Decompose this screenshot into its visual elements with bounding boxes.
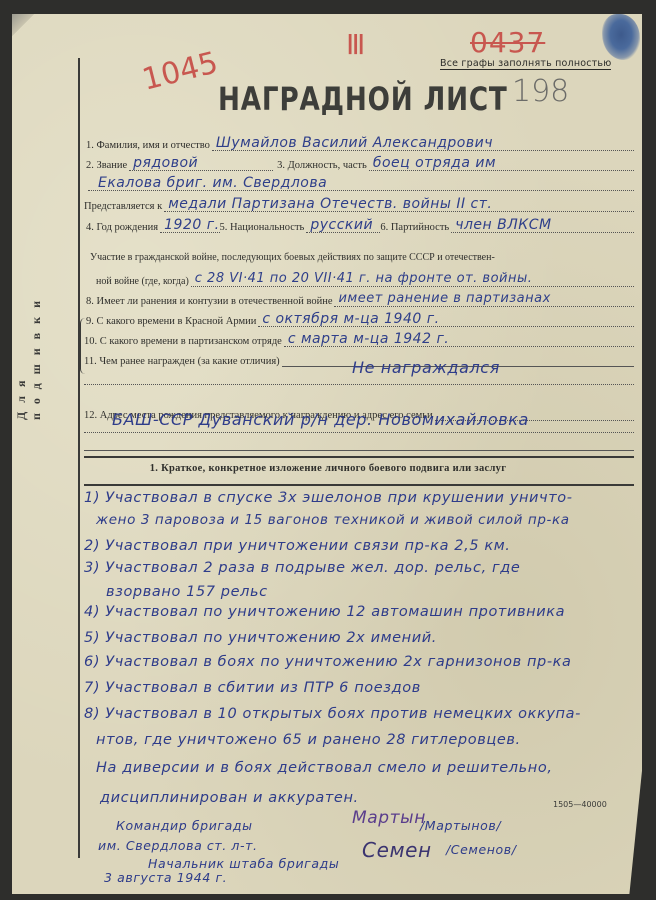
field-value-rank: рядовой — [129, 156, 273, 171]
binding-label: Для подшивки — [14, 250, 44, 420]
field-label: Участие в гражданской войне, последующих… — [90, 252, 495, 263]
field-value: медали Партизана Отечеств. войны II ст. — [164, 197, 634, 212]
divider-thick — [84, 484, 634, 486]
field-partisan-since: 10. С какого времени в партизанском отря… — [84, 332, 634, 347]
divider — [84, 450, 634, 451]
binding-margin-line — [78, 58, 80, 858]
field-full-name: 1. Фамилия, имя и отчество Шумайлов Васи… — [86, 136, 634, 151]
field-label: 1. Фамилия, имя и отчество — [86, 140, 210, 151]
feat-section-heading: 1. Краткое, конкретное изложение личного… — [0, 463, 656, 474]
field-label: 6. Партийность — [380, 222, 449, 233]
pencil-number: 198 — [512, 74, 569, 109]
red-archive-mark: Ⅲ — [346, 28, 365, 61]
field-value-address: БАШ-ССР Дуванский р/н дер. Новомихайловк… — [112, 410, 529, 429]
feat-line: 6) Участвовал в боях по уничтожению 2х г… — [84, 654, 572, 670]
field-value: с октября м-ца 1940 г. — [258, 312, 634, 327]
field-label: 8. Имеет ли ранения и контузии в отечест… — [86, 296, 332, 307]
field-value-previous-awards: Не награждался — [352, 358, 500, 377]
feat-line: 7) Участвовал в сбитии из ПТР 6 поездов — [84, 680, 421, 696]
field-value: имеет ранение в партизанах — [334, 292, 634, 307]
chief-of-staff-name: /Семенов/ — [446, 842, 517, 857]
field-value-party: член ВЛКСМ — [451, 218, 634, 233]
field-value-birth-year: 1920 г. — [160, 218, 219, 233]
commander-title-cont: им. Свердлова ст. л-т. — [98, 838, 258, 853]
folded-corner — [12, 14, 34, 36]
feat-line: На диверсии и в боях действовал смело и … — [96, 760, 553, 776]
field-rank-position: 2. Звание рядовой 3. Должность, часть бо… — [86, 156, 634, 171]
field-label: 10. С какого времени в партизанском отря… — [84, 336, 282, 347]
field-value-nationality: русский — [306, 218, 380, 233]
field-label: 5. Национальность — [220, 222, 305, 233]
field-position-cont: Екалова бриг. им. Свердлова — [86, 176, 634, 191]
divider — [84, 384, 634, 385]
feat-line: 4) Участвовал по уничтожению 12 автомаши… — [84, 604, 565, 620]
feat-line: нтов, где уничтожено 65 и ранено 28 гитл… — [96, 732, 521, 748]
field-label: 4. Год рождения — [86, 222, 158, 233]
field-label: ной войне (где, когда) — [96, 276, 189, 287]
field-label: 9. С какого времени в Красной Армии — [86, 316, 256, 327]
field-red-army-since: 9. С какого времени в Красной Армии с ок… — [86, 312, 634, 327]
feat-line: 3) Участвовал 2 раза в подрыве жел. дор.… — [84, 560, 520, 576]
field-value: Шумайлов Василий Александрович — [212, 136, 634, 151]
field-label: 3. Должность, часть — [277, 160, 367, 171]
document-title: НАГРАДНОЙ ЛИСТ — [218, 80, 508, 118]
red-archive-number-right: 0437 — [470, 26, 545, 59]
feat-line: 8) Участвовал в 10 открытых боях против … — [84, 706, 581, 722]
field-war-participation-label: Участие в гражданской войне, последующих… — [90, 252, 634, 263]
commander-title: Командир бригады — [116, 818, 253, 833]
print-code: 1505—40000 — [553, 800, 607, 809]
field-label: Представляется к — [84, 201, 162, 212]
feat-line: дисциплинирован и аккуратен. — [100, 790, 359, 806]
document-date: 3 августа 1944 г. — [104, 870, 227, 885]
field-wounds: 8. Имеет ли ранения и контузии в отечест… — [86, 292, 634, 307]
field-value: с 28 VI·41 по 20 VII·41 г. на фронте от.… — [191, 272, 634, 287]
field-label: 11. Чем ранее награжден (за какие отличи… — [84, 356, 280, 367]
divider-thick — [84, 456, 634, 458]
field-presented-for: Представляется к медали Партизана Отечес… — [84, 197, 634, 212]
chief-of-staff-signature: Семен — [362, 838, 432, 862]
field-value-position: боец отряда им — [369, 156, 634, 171]
commander-signature: Мартын — [352, 808, 426, 828]
fill-instruction: Все графы заполнять полностью — [440, 58, 611, 70]
field-value: с марта м-ца 1942 г. — [284, 332, 634, 347]
feat-line: 5) Участвовал по уничтожению 2х имений. — [84, 630, 437, 646]
field-war-participation: ной войне (где, когда) с 28 VI·41 по 20 … — [96, 272, 634, 287]
chief-of-staff-title: Начальник штаба бригады — [148, 856, 339, 871]
field-birth-nationality-party: 4. Год рождения 1920 г. 5. Национальност… — [86, 218, 634, 233]
commander-name: /Мартынов/ — [420, 818, 501, 833]
field-label: 2. Звание — [86, 160, 127, 171]
feat-line: 1) Участвовал в спуске 3х эшелонов при к… — [84, 490, 573, 506]
feat-line: 2) Участвовал при уничтожении связи пр-к… — [84, 538, 510, 554]
field-value-position-cont: Екалова бриг. им. Свердлова — [88, 176, 634, 191]
feat-line: жено 3 паровоза и 15 вагонов техникой и … — [96, 512, 570, 528]
divider — [84, 432, 634, 433]
feat-line: взорвано 157 рельс — [106, 584, 268, 600]
